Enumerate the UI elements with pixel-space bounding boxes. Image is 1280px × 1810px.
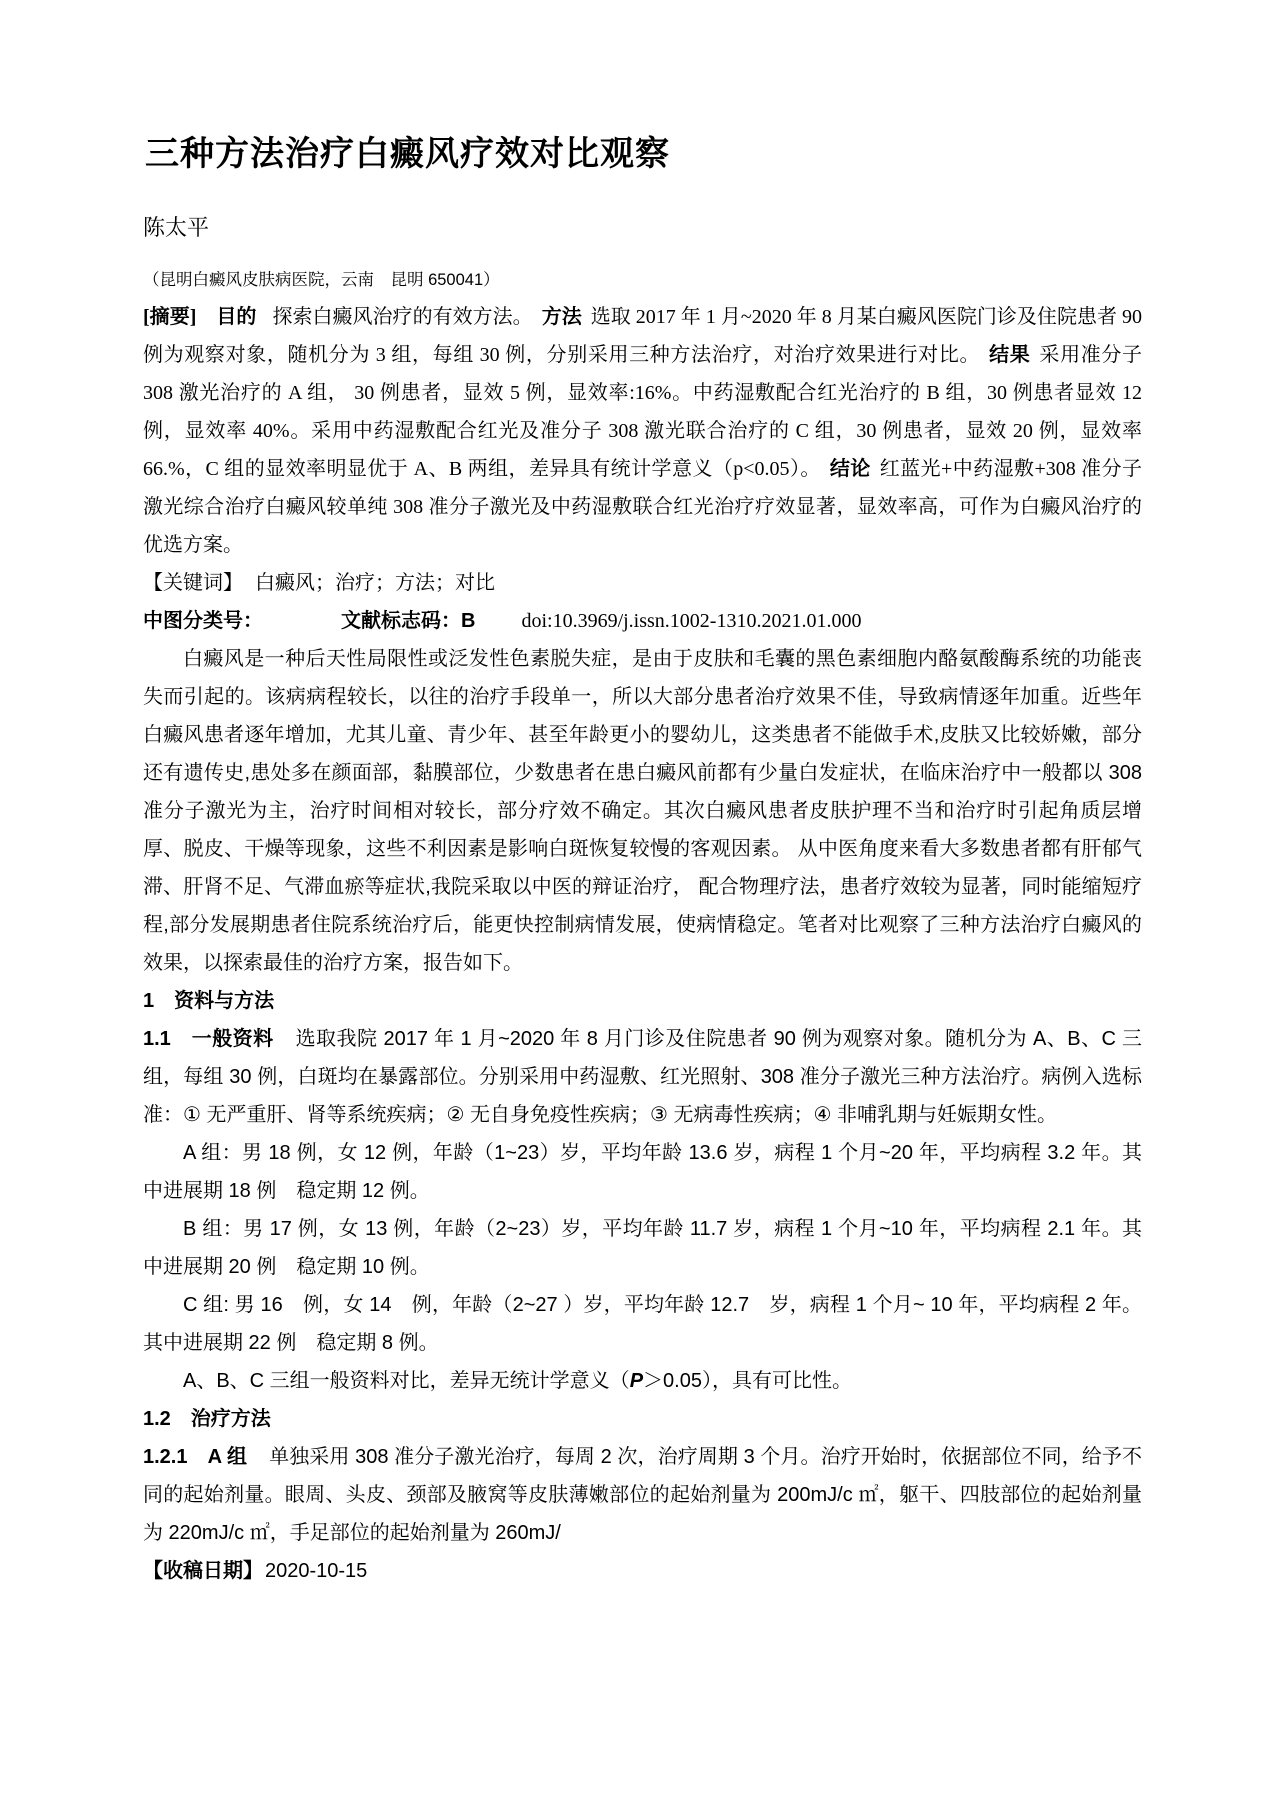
section-1-heading: 1 资料与方法 — [143, 982, 1142, 1020]
author-affiliation: （昆明白癜风皮肤病医院，云南 昆明 650041） — [143, 266, 1142, 290]
clc-number-label: 中图分类号： — [143, 610, 263, 632]
p-value-symbol: P — [630, 1370, 643, 1392]
paper-page: 三种方法治疗白癜风疗效对比观察 陈太平 （昆明白癜风皮肤病医院，云南 昆明 65… — [0, 0, 1280, 1590]
abstract-results-label: 结果 — [989, 344, 1030, 366]
section-1-2-1-paragraph: 1.2.1 A 组单独采用 308 准分子激光治疗，每周 2 次，治疗周期 3 … — [143, 1438, 1142, 1552]
doi-text: doi:10.3969/j.issn.1002-1310.2021.01.000 — [521, 610, 861, 632]
received-date-value: 2020-10-15 — [265, 1560, 367, 1582]
abstract-conclusion-label: 结论 — [830, 458, 871, 480]
keywords-label: 【关键词】 — [143, 572, 243, 594]
section-1-2-heading: 1.2 治疗方法 — [143, 1400, 1142, 1438]
received-date-line: 【收稿日期】2020-10-15 — [143, 1552, 1142, 1590]
abstract-objective-label: [摘要] 目的 — [143, 306, 256, 328]
document-code-label: 文献标志码：B — [341, 610, 475, 632]
group-c-paragraph: C 组: 男 16 例，女 14 例，年龄（2~27 ）岁，平均年龄 12.7 … — [143, 1286, 1142, 1362]
abstract-objective-text: 探索白癜风治疗的有效方法。 — [272, 306, 532, 328]
group-a-paragraph: A 组：男 18 例，女 12 例，年龄（1~23）岁，平均年龄 13.6 岁，… — [143, 1134, 1142, 1210]
group-b-paragraph: B 组：男 17 例，女 13 例，年龄（2~23）岁，平均年龄 11.7 岁，… — [143, 1210, 1142, 1286]
classification-line: 中图分类号：文献标志码：Bdoi:10.3969/j.issn.1002-131… — [143, 602, 1142, 640]
author-name: 陈太平 — [143, 211, 1142, 242]
section-1-1-paragraph: 1.1 一般资料选取我院 2017 年 1 月~2020 年 8 月门诊及住院患… — [143, 1020, 1142, 1134]
section-1-1-text: 选取我院 2017 年 1 月~2020 年 8 月门诊及住院患者 90 例为观… — [143, 1028, 1142, 1126]
section-1-1-label: 1.1 一般资料 — [143, 1028, 274, 1050]
comparability-paragraph: A、B、C 三组一般资料对比，差异无统计学意义（P＞0.05），具有可比性。 — [143, 1362, 1142, 1400]
keywords-text: 白癜风；治疗；方法；对比 — [255, 572, 495, 594]
comparability-text-pre: A、B、C 三组一般资料对比，差异无统计学意义（ — [183, 1370, 630, 1392]
abstract-paragraph: [摘要] 目的探索白癜风治疗的有效方法。方法选取 2017 年 1 月~2020… — [143, 298, 1142, 564]
section-1-2-1-label: 1.2.1 A 组 — [143, 1446, 247, 1468]
received-date-label: 【收稿日期】 — [143, 1560, 263, 1582]
introduction-paragraph: 白癜风是一种后天性局限性或泛发性色素脱失症，是由于皮肤和毛囊的黑色素细胞内酪氨酸… — [143, 640, 1142, 982]
abstract-methods-label: 方法 — [542, 306, 582, 328]
keywords-line: 【关键词】白癜风；治疗；方法；对比 — [143, 564, 1142, 602]
comparability-text-post: ＞0.05），具有可比性。 — [643, 1370, 852, 1392]
paper-title: 三种方法治疗白癜风疗效对比观察 — [145, 126, 1142, 175]
section-1-2-1-text: 单独采用 308 准分子激光治疗，每周 2 次，治疗周期 3 个月。治疗开始时，… — [143, 1446, 1142, 1544]
